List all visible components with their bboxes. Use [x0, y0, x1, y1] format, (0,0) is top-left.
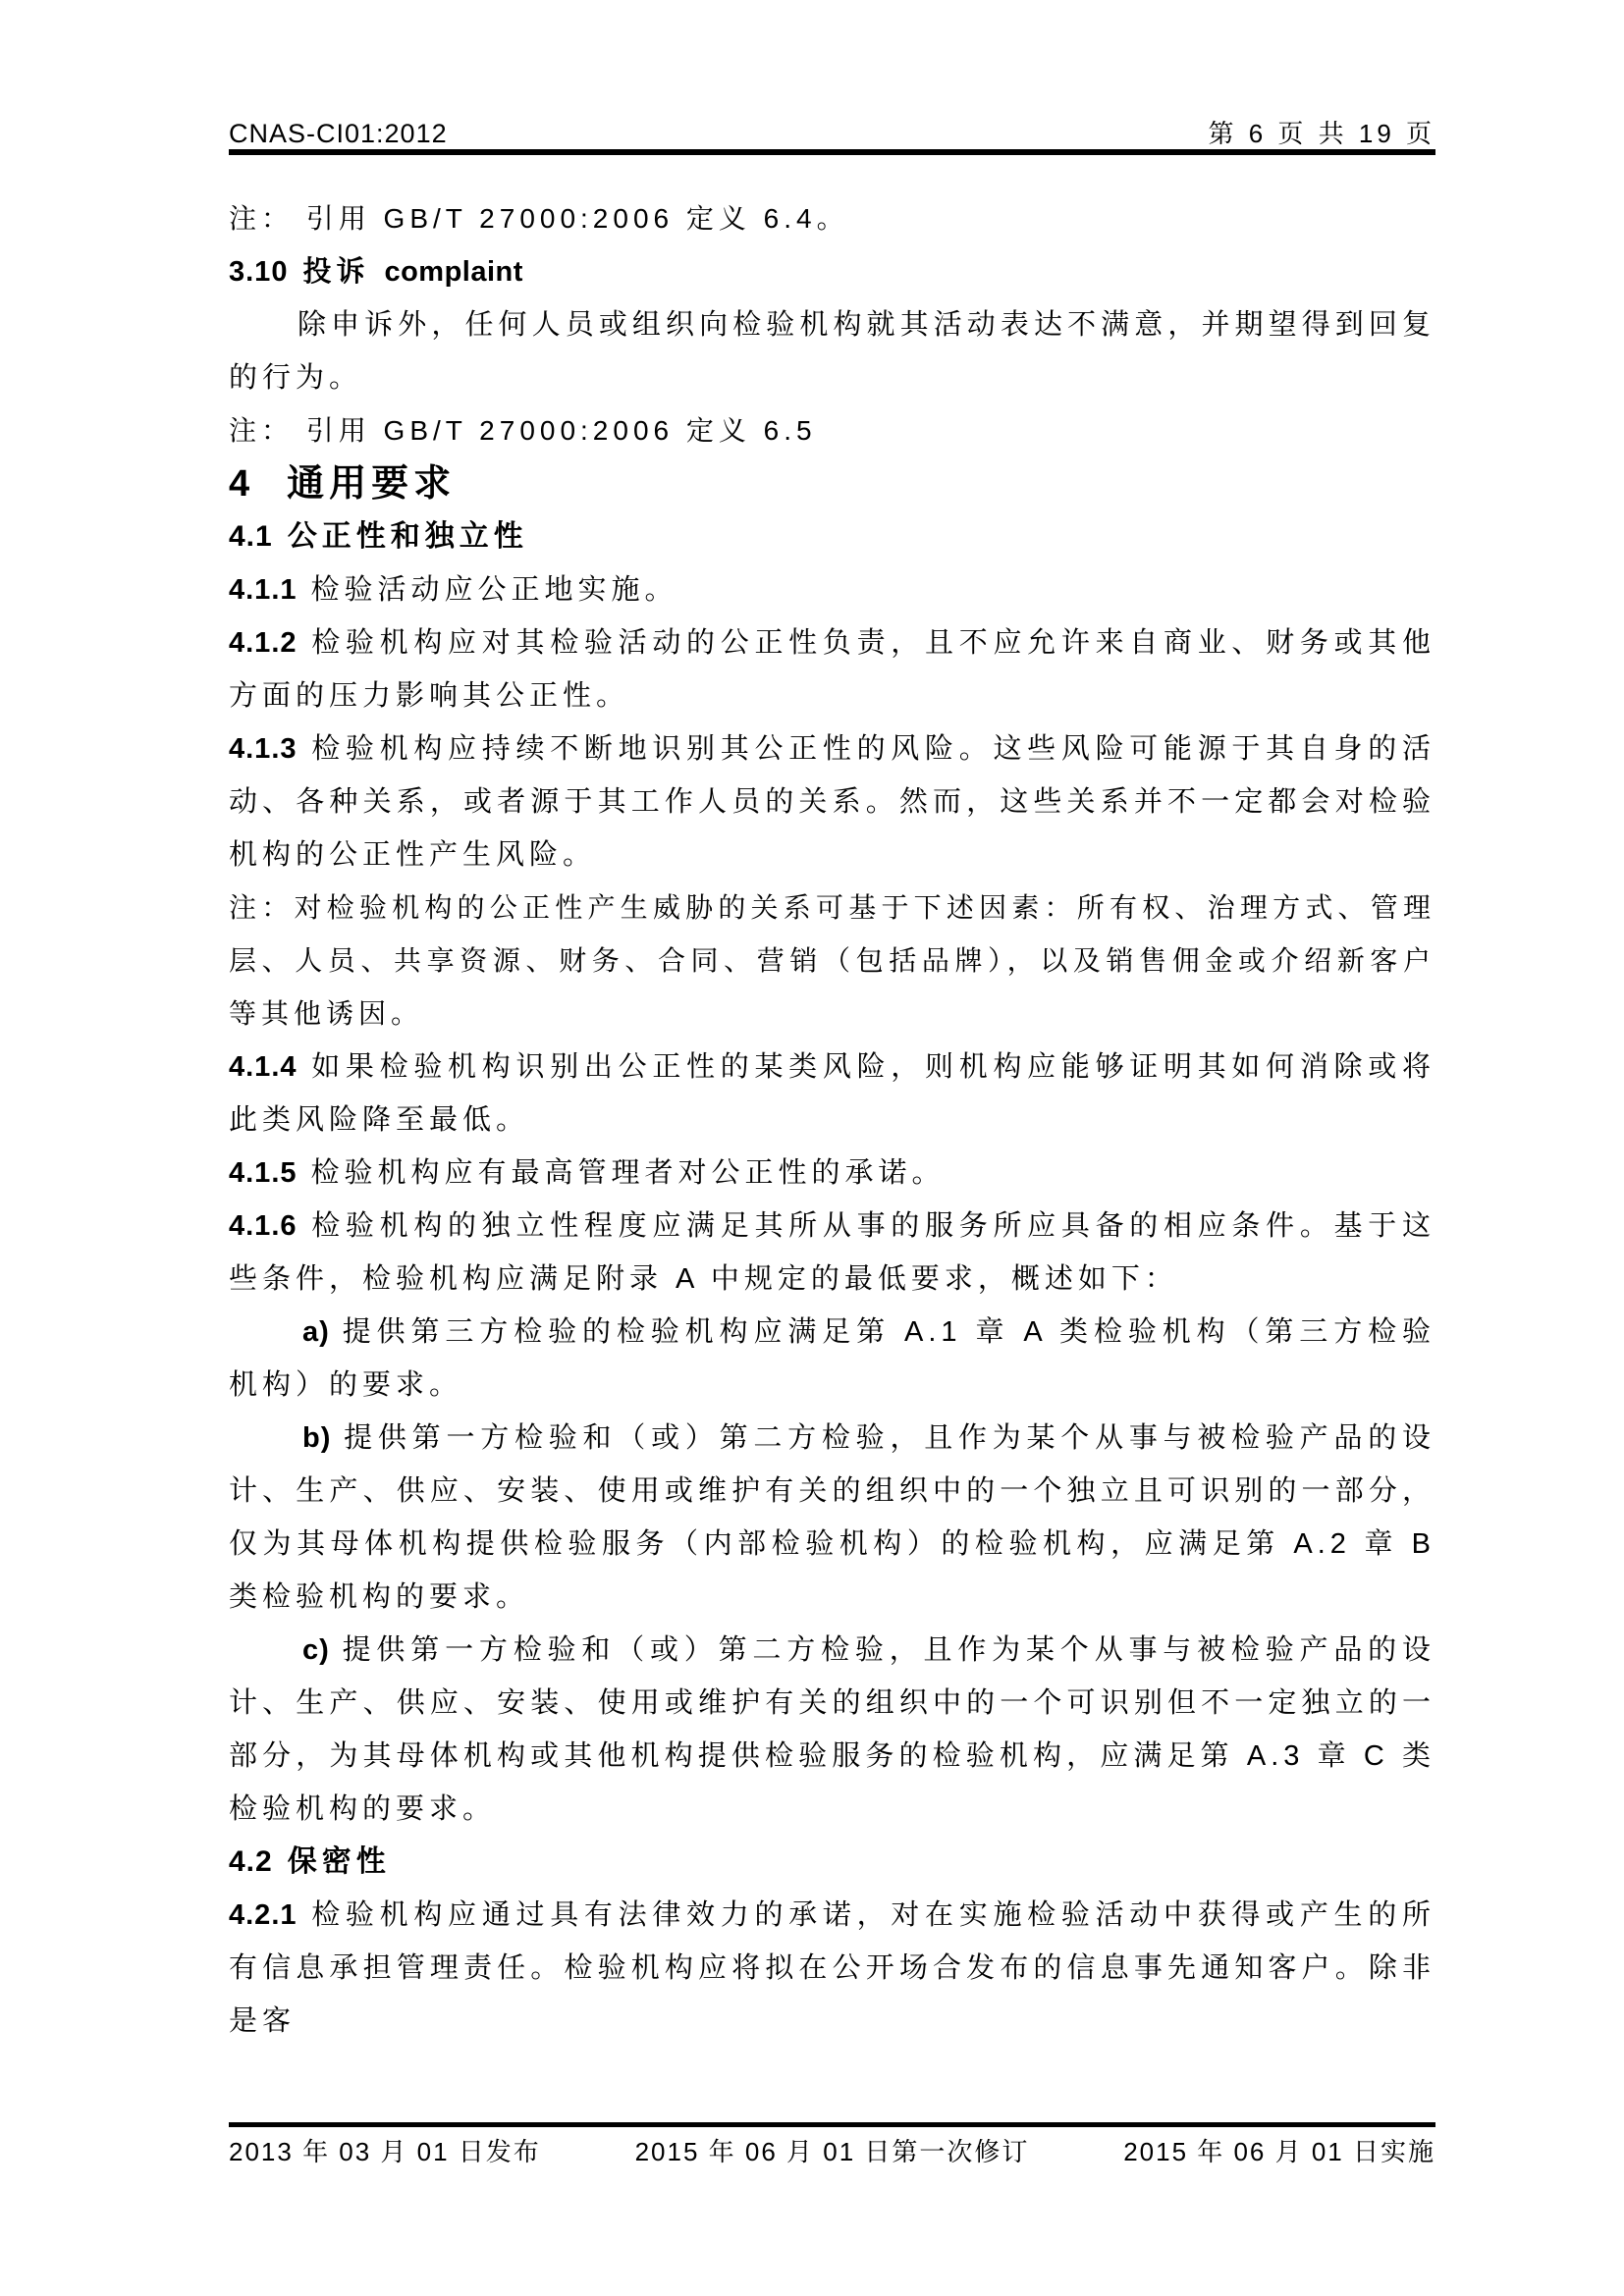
clause-number: 4.1.3: [229, 733, 298, 765]
chapter-title: 通用要求: [287, 463, 456, 505]
clause-text: 检验机构应通过具有法律效力的承诺，对在实施检验活动中获得或产生的所有信息承担管理…: [229, 1899, 1435, 2037]
chapter-heading-4: 4通用要求: [229, 457, 1435, 510]
clause-4-1-2: 4.1.2检验机构应对其检验活动的公正性负责，且不应允许来自商业、财务或其他方面…: [229, 616, 1435, 722]
clause-4-1-5: 4.1.5检验机构应有最高管理者对公正性的承诺。: [229, 1147, 1435, 1200]
clause-text: 如果检验机构识别出公正性的某类风险，则机构应能够证明其如何消除或将此类风险降至最…: [229, 1051, 1435, 1136]
list-item-b: b)提供第一方检验和（或）第二方检验，且作为某个从事与被检验产品的设计、生产、供…: [229, 1412, 1435, 1624]
section-title: 保密性: [288, 1845, 391, 1878]
header-rule: [229, 149, 1435, 155]
list-item-text: 提供第三方检验的检验机构应满足第 A.1 章 A 类检验机构（第三方检验机构）的…: [229, 1316, 1435, 1401]
document-content: 注： 引用 GB/T 27000:2006 定义 6.4。 3.10投诉comp…: [229, 187, 1435, 2048]
term-title-en: complaint: [384, 256, 522, 288]
doc-code: CNAS-CI01:2012: [229, 119, 448, 149]
footer-rule: [229, 2122, 1435, 2127]
footer-implemented-date: 2015 年 06 月 01 日实施: [1123, 2132, 1435, 2168]
section-title: 公正性和独立性: [288, 520, 528, 553]
list-item-a: a)提供第三方检验的检验机构应满足第 A.1 章 A 类检验机构（第三方检验机构…: [229, 1306, 1435, 1412]
footer-issued-date: 2013 年 03 月 01 日发布: [229, 2132, 541, 2168]
clause-text: 检验机构应有最高管理者对公正性的承诺。: [311, 1157, 946, 1189]
clause-4-1-4: 4.1.4如果检验机构识别出公正性的某类风险，则机构应能够证明其如何消除或将此类…: [229, 1041, 1435, 1147]
clause-4-1-1: 4.1.1检验活动应公正地实施。: [229, 563, 1435, 616]
term-number: 3.10: [229, 256, 288, 288]
clause-4-1-3: 4.1.3检验机构应持续不断地识别其公正性的风险。这些风险可能源于其自身的活动、…: [229, 722, 1435, 881]
clause-number: 4.1.4: [229, 1051, 298, 1083]
list-item-text: 提供第一方检验和（或）第二方检验，且作为某个从事与被检验产品的设计、生产、供应、…: [229, 1422, 1435, 1613]
chapter-number: 4: [229, 463, 249, 505]
clause-number: 4.1.5: [229, 1157, 298, 1189]
section-heading-4-2: 4.2保密性: [229, 1836, 1435, 1889]
clause-number: 4.1.2: [229, 627, 298, 659]
page-footer: 2013 年 03 月 01 日发布 2015 年 06 月 01 日第一次修订…: [229, 2132, 1435, 2168]
page-header: CNAS-CI01:2012 第 6 页 共 19 页: [229, 114, 1435, 150]
term-heading-3-10: 3.10投诉complaint: [229, 245, 1435, 298]
clause-number: 4.1.6: [229, 1210, 298, 1242]
list-item-marker: c): [302, 1634, 330, 1666]
note-ref-6-5: 注： 引用 GB/T 27000:2006 定义 6.5: [229, 404, 1435, 457]
section-number: 4.1: [229, 520, 273, 553]
section-heading-4-1: 4.1公正性和独立性: [229, 510, 1435, 563]
footer-revised-date: 2015 年 06 月 01 日第一次修订: [635, 2132, 1030, 2168]
list-item-text: 提供第一方检验和（或）第二方检验，且作为某个从事与被检验产品的设计、生产、供应、…: [229, 1634, 1435, 1825]
clause-number: 4.1.1: [229, 574, 298, 606]
list-item-marker: b): [302, 1422, 331, 1454]
clause-text: 检验活动应公正地实施。: [311, 574, 678, 606]
note-4-1-3: 注：对检验机构的公正性产生威胁的关系可基于下述因素：所有权、治理方式、管理层、人…: [229, 881, 1435, 1041]
clause-number: 4.2.1: [229, 1899, 298, 1931]
clause-4-1-6: 4.1.6检验机构的独立性程度应满足其所从事的服务所应具备的相应条件。基于这些条…: [229, 1200, 1435, 1306]
list-item-marker: a): [302, 1316, 330, 1348]
term-3-10-definition: 除申诉外，任何人员或组织向检验机构就其活动表达不满意，并期望得到回复的行为。: [229, 298, 1435, 404]
page-number-indicator: 第 6 页 共 19 页: [1209, 114, 1436, 150]
clause-text: 检验机构应对其检验活动的公正性负责，且不应允许来自商业、财务或其他方面的压力影响…: [229, 627, 1435, 712]
document-page: CNAS-CI01:2012 第 6 页 共 19 页 注： 引用 GB/T 2…: [0, 0, 1624, 2296]
list-item-c: c)提供第一方检验和（或）第二方检验，且作为某个从事与被检验产品的设计、生产、供…: [229, 1624, 1435, 1836]
clause-text: 检验机构的独立性程度应满足其所从事的服务所应具备的相应条件。基于这些条件，检验机…: [229, 1210, 1435, 1295]
note-ref-6-4: 注： 引用 GB/T 27000:2006 定义 6.4。: [229, 192, 1435, 245]
clause-text: 检验机构应持续不断地识别其公正性的风险。这些风险可能源于其自身的活动、各种关系，…: [229, 733, 1435, 871]
section-number: 4.2: [229, 1845, 273, 1878]
term-title-zh: 投诉: [302, 256, 369, 288]
clause-4-2-1: 4.2.1检验机构应通过具有法律效力的承诺，对在实施检验活动中获得或产生的所有信…: [229, 1889, 1435, 2048]
